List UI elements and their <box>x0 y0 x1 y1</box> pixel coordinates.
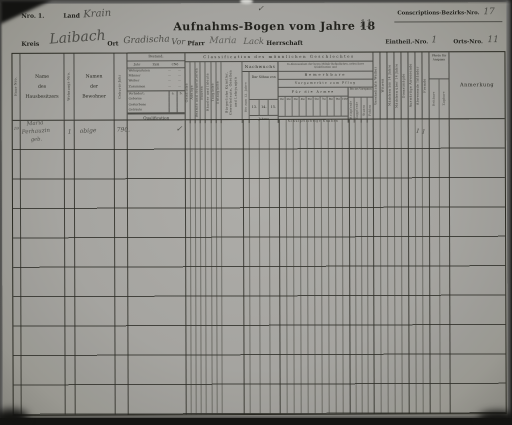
body-column <box>222 120 245 414</box>
conscription-district-label: Conscriptions-Bezirks-Nro. <box>397 10 479 16</box>
entry-house-number: 19 <box>14 126 19 131</box>
body-column <box>75 120 116 414</box>
body-column <box>21 121 66 415</box>
herrschaft-value-handwritten: Lack <box>243 37 264 47</box>
eintheil-label: Eintheil.-Nro. <box>385 39 428 45</box>
col-house-owner: Name des Hausbesitzers <box>20 54 64 120</box>
land-label: Land <box>63 13 80 20</box>
scanned-document-photo: Nro. 1. Land Krain Conscriptions-Bezirks… <box>0 0 512 425</box>
form-title: Aufnahms-Bogen vom Jahre 18 <box>173 20 375 34</box>
vorspann-subgroup: Bis ins Vorspann Reitpferde Zugpferde St… <box>348 88 373 123</box>
col-house-number: Haus-Nro. <box>12 54 20 120</box>
body-column <box>115 120 129 414</box>
eintheil-value-handwritten: 1 <box>431 35 437 45</box>
orts-label: Orts-Nro. <box>453 39 483 45</box>
kreis-value-handwritten: Laibach <box>49 28 106 48</box>
col-anmerkung: Anmerkung <box>449 52 504 118</box>
bestand-sub-row: Getraute <box>128 107 185 113</box>
table-header: Haus-Nro. Name des Hausbesitzers Wohnung… <box>12 52 504 121</box>
classification-group: Classification des männlichen Geschlecht… <box>185 53 373 120</box>
col-birth-year: Geburts-Jahr <box>114 53 127 119</box>
bestand-title: Bestand: <box>127 53 184 61</box>
body-column <box>450 119 506 413</box>
bestand-row: Zusammen—— <box>128 84 185 89</box>
ort-value-handwritten: Gradischa <box>123 34 170 46</box>
classification-columns: Geistliche Adelige Beamte und Honoratior… <box>185 62 372 124</box>
pfarr-value-handwritten: Maria <box>209 36 236 46</box>
class-col-wide: Bürgerliche Künstler, Gewerbsleute, Gese… <box>221 62 243 123</box>
bemerkbare-group: In Abwesenheit der beym Militär Befindli… <box>278 62 372 123</box>
vorspann-label: Bis ins Vorspann <box>349 88 373 98</box>
land-value-handwritten: Krain <box>83 8 111 21</box>
pferde-cols: Reitbare Zugbare <box>430 79 449 118</box>
nachwuchs-group: Nachwuchs Bis zum 12. Jahre Der Söhne vo… <box>243 62 279 123</box>
bemerkbare-fine-print: In Abwesenheit der beym Militär Befindli… <box>278 62 372 72</box>
pferde-title: Pferde für Anspann <box>429 52 448 79</box>
bestand-sub-box: Verändert:a.b. Geborne Gestorbene Getrau… <box>128 90 185 114</box>
ort-value2-handwritten: Vor <box>171 37 185 46</box>
col-dwelling-number: Wohnungs-Nro. <box>64 54 74 120</box>
ort-label: Ort <box>107 40 118 47</box>
nachwuchs-title: Nachwuchs <box>243 62 278 72</box>
table-body: 19 Maria Perhauzin geb. 1 obige 790. ✓ 1… <box>13 119 506 415</box>
bestand-box: Bestand: Jahr Zahl CNō Wohnparteien—— Mä… <box>127 53 185 119</box>
form-title-year-handwritten: 11 <box>359 19 372 30</box>
armee-age-cols: 1te 2te 3te 4te 5te 6te 7te 8te 9te <box>279 97 348 117</box>
entry-birth-year: 790. <box>117 126 130 133</box>
herrschaft-label: Herrschaft <box>266 40 302 47</box>
entry-inhabitant: obige <box>80 127 97 135</box>
form-page: Nro. 1. Land Krain Conscriptions-Bezirks… <box>1 2 507 421</box>
conscription-district-value: 17 <box>483 7 494 17</box>
entry-dwelling-number: 1 <box>68 129 72 136</box>
entry-owner-line3: geb. <box>31 136 43 143</box>
stray-pen-mark: ✓ <box>257 4 264 13</box>
nachwuchs-mid-label: Der Söhne von <box>250 72 278 99</box>
conscription-table: Haus-Nro. Name des Hausbesitzers Wohnung… <box>11 51 506 416</box>
kreis-label: Kreis <box>21 41 39 48</box>
rule-under-district <box>394 21 502 22</box>
armee-subgroup: Für die Armee 1te 2te 3te 4te 5te 6te 7t… <box>279 88 348 123</box>
entry-tally-marks: 11 <box>415 128 427 137</box>
form-number: Nro. 1. <box>21 13 44 20</box>
orts-value-handwritten: 11 <box>487 35 498 45</box>
entry-check-mark: ✓ <box>176 124 183 133</box>
pferde-group: Pferde für Anspann Reitbare Zugbare <box>429 52 449 118</box>
entry-owner-line1: Maria <box>26 120 43 127</box>
form-header: Nro. 1. Land Krain Conscriptions-Bezirks… <box>1 2 506 4</box>
nachwuchs-age-cols: 13. 14. 15. <box>250 99 278 116</box>
pfarr-label: Pfarr <box>187 40 204 47</box>
col-inhabitants: Namen der Bewohner <box>74 53 114 119</box>
armee-label: Für die Armee <box>279 88 348 97</box>
body-column <box>128 120 187 414</box>
photo-edge-right <box>507 0 512 425</box>
